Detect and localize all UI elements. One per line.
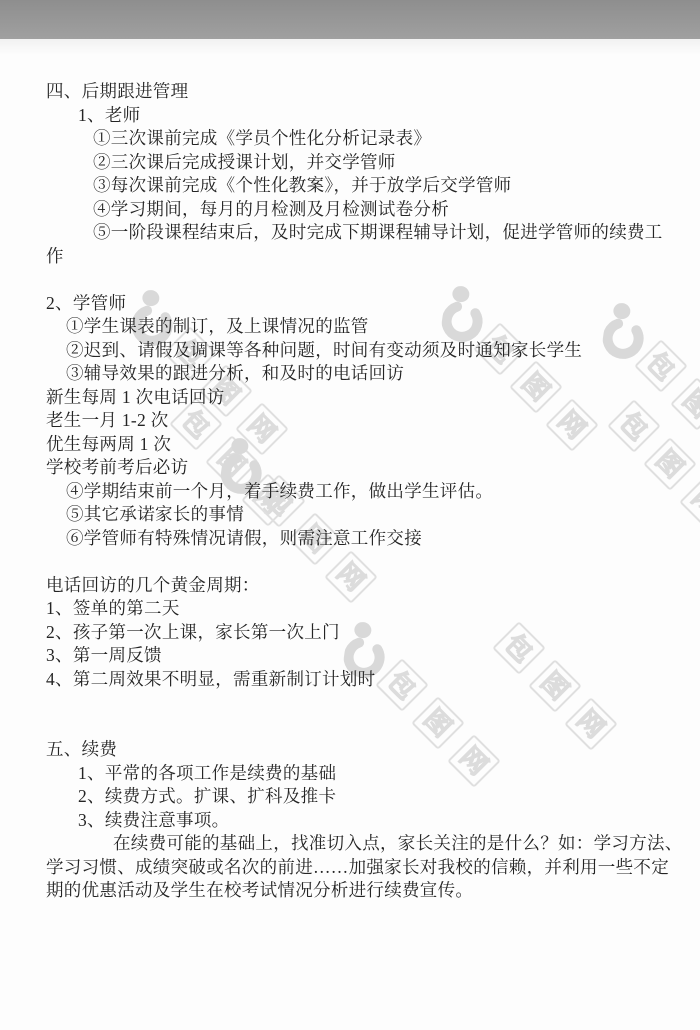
text-line: ⑤一阶段课程结束后，及时完成下期课程辅导计划，促进学管师的续费工	[93, 221, 660, 245]
text-line: ⑤其它承诺家长的事情	[66, 503, 660, 527]
text-line: 在续费可能的基础上，找准切入点，家长关注的是什么？如：学习方法、	[113, 832, 660, 856]
text-line: 1、平常的各项工作是续费的基础	[78, 762, 660, 786]
text-line: 4、第二周效果不明显，需重新制订计划时	[46, 668, 660, 692]
watermark-char: 图	[679, 386, 700, 423]
text-line: 1、签单的第二天	[46, 597, 660, 621]
text-line: 新生每周 1 次电话回访	[46, 386, 660, 410]
text-line: 3、第一周反馈	[46, 644, 660, 668]
text-line: 学习习惯、成绩突破或名次的前进……加强家长对我校的信赖，并利用一些不定	[46, 856, 660, 880]
text-line: 优生每两周 1 次	[46, 433, 660, 457]
blank-line	[46, 268, 660, 292]
document-page: 包图网包图网包图网包图网包图网包图网包图网包图网 四、后期跟进管理1、老师①三次…	[0, 0, 700, 1030]
text-line: 2、续费方式。扩课、扩科及推卡	[78, 785, 660, 809]
text-line: 3、续费注意事项。	[78, 809, 660, 833]
text-line: 老生一月 1-2 次	[46, 409, 660, 433]
text-line: 期的优惠活动及学生在校考试情况分析进行续费宣传。	[46, 879, 660, 903]
text-line: 电话回访的几个黄金周期：	[46, 574, 660, 598]
blank-line	[46, 691, 660, 715]
watermark-diamond: 网	[679, 475, 700, 529]
text-line: 1、老师	[78, 104, 660, 128]
text-line: 学校考前考后必访	[46, 456, 660, 480]
blank-line	[46, 550, 660, 574]
watermark-char: 网	[688, 484, 700, 521]
text-line: ②三次课后完成授课计划，并交学管师	[93, 151, 660, 175]
text-line: 2、孩子第一次上课，家长第一次上门	[46, 621, 660, 645]
text-line: ②迟到、请假及调课等各种问题，时间有变动须及时通知家长学生	[66, 339, 660, 363]
text-line: 五、续费	[46, 738, 660, 762]
blank-line	[46, 715, 660, 739]
text-line: ④学期结束前一个月，着手续费工作，做出学生评估。	[66, 480, 660, 504]
text-line: 作	[46, 245, 660, 269]
document-content: 四、后期跟进管理1、老师①三次课前完成《学员个性化分析记录表》②三次课后完成授课…	[46, 80, 660, 903]
text-line: ①学生课表的制订，及上课情况的监管	[66, 315, 660, 339]
text-line: ③每次课前完成《个性化教案》，并于放学后交学管师	[93, 174, 660, 198]
watermark-diamond: 图	[670, 377, 700, 431]
text-line: ④学习期间，每月的月检测及月检测试卷分析	[93, 198, 660, 222]
text-line: 2、学管师	[46, 292, 660, 316]
text-line: 四、后期跟进管理	[46, 80, 660, 104]
text-line: ⑥学管师有特殊情况请假，则需注意工作交接	[66, 527, 660, 551]
text-line: ③辅导效果的跟进分析，和及时的电话回访	[66, 362, 660, 386]
text-line: ①三次课前完成《学员个性化分析记录表》	[93, 127, 660, 151]
